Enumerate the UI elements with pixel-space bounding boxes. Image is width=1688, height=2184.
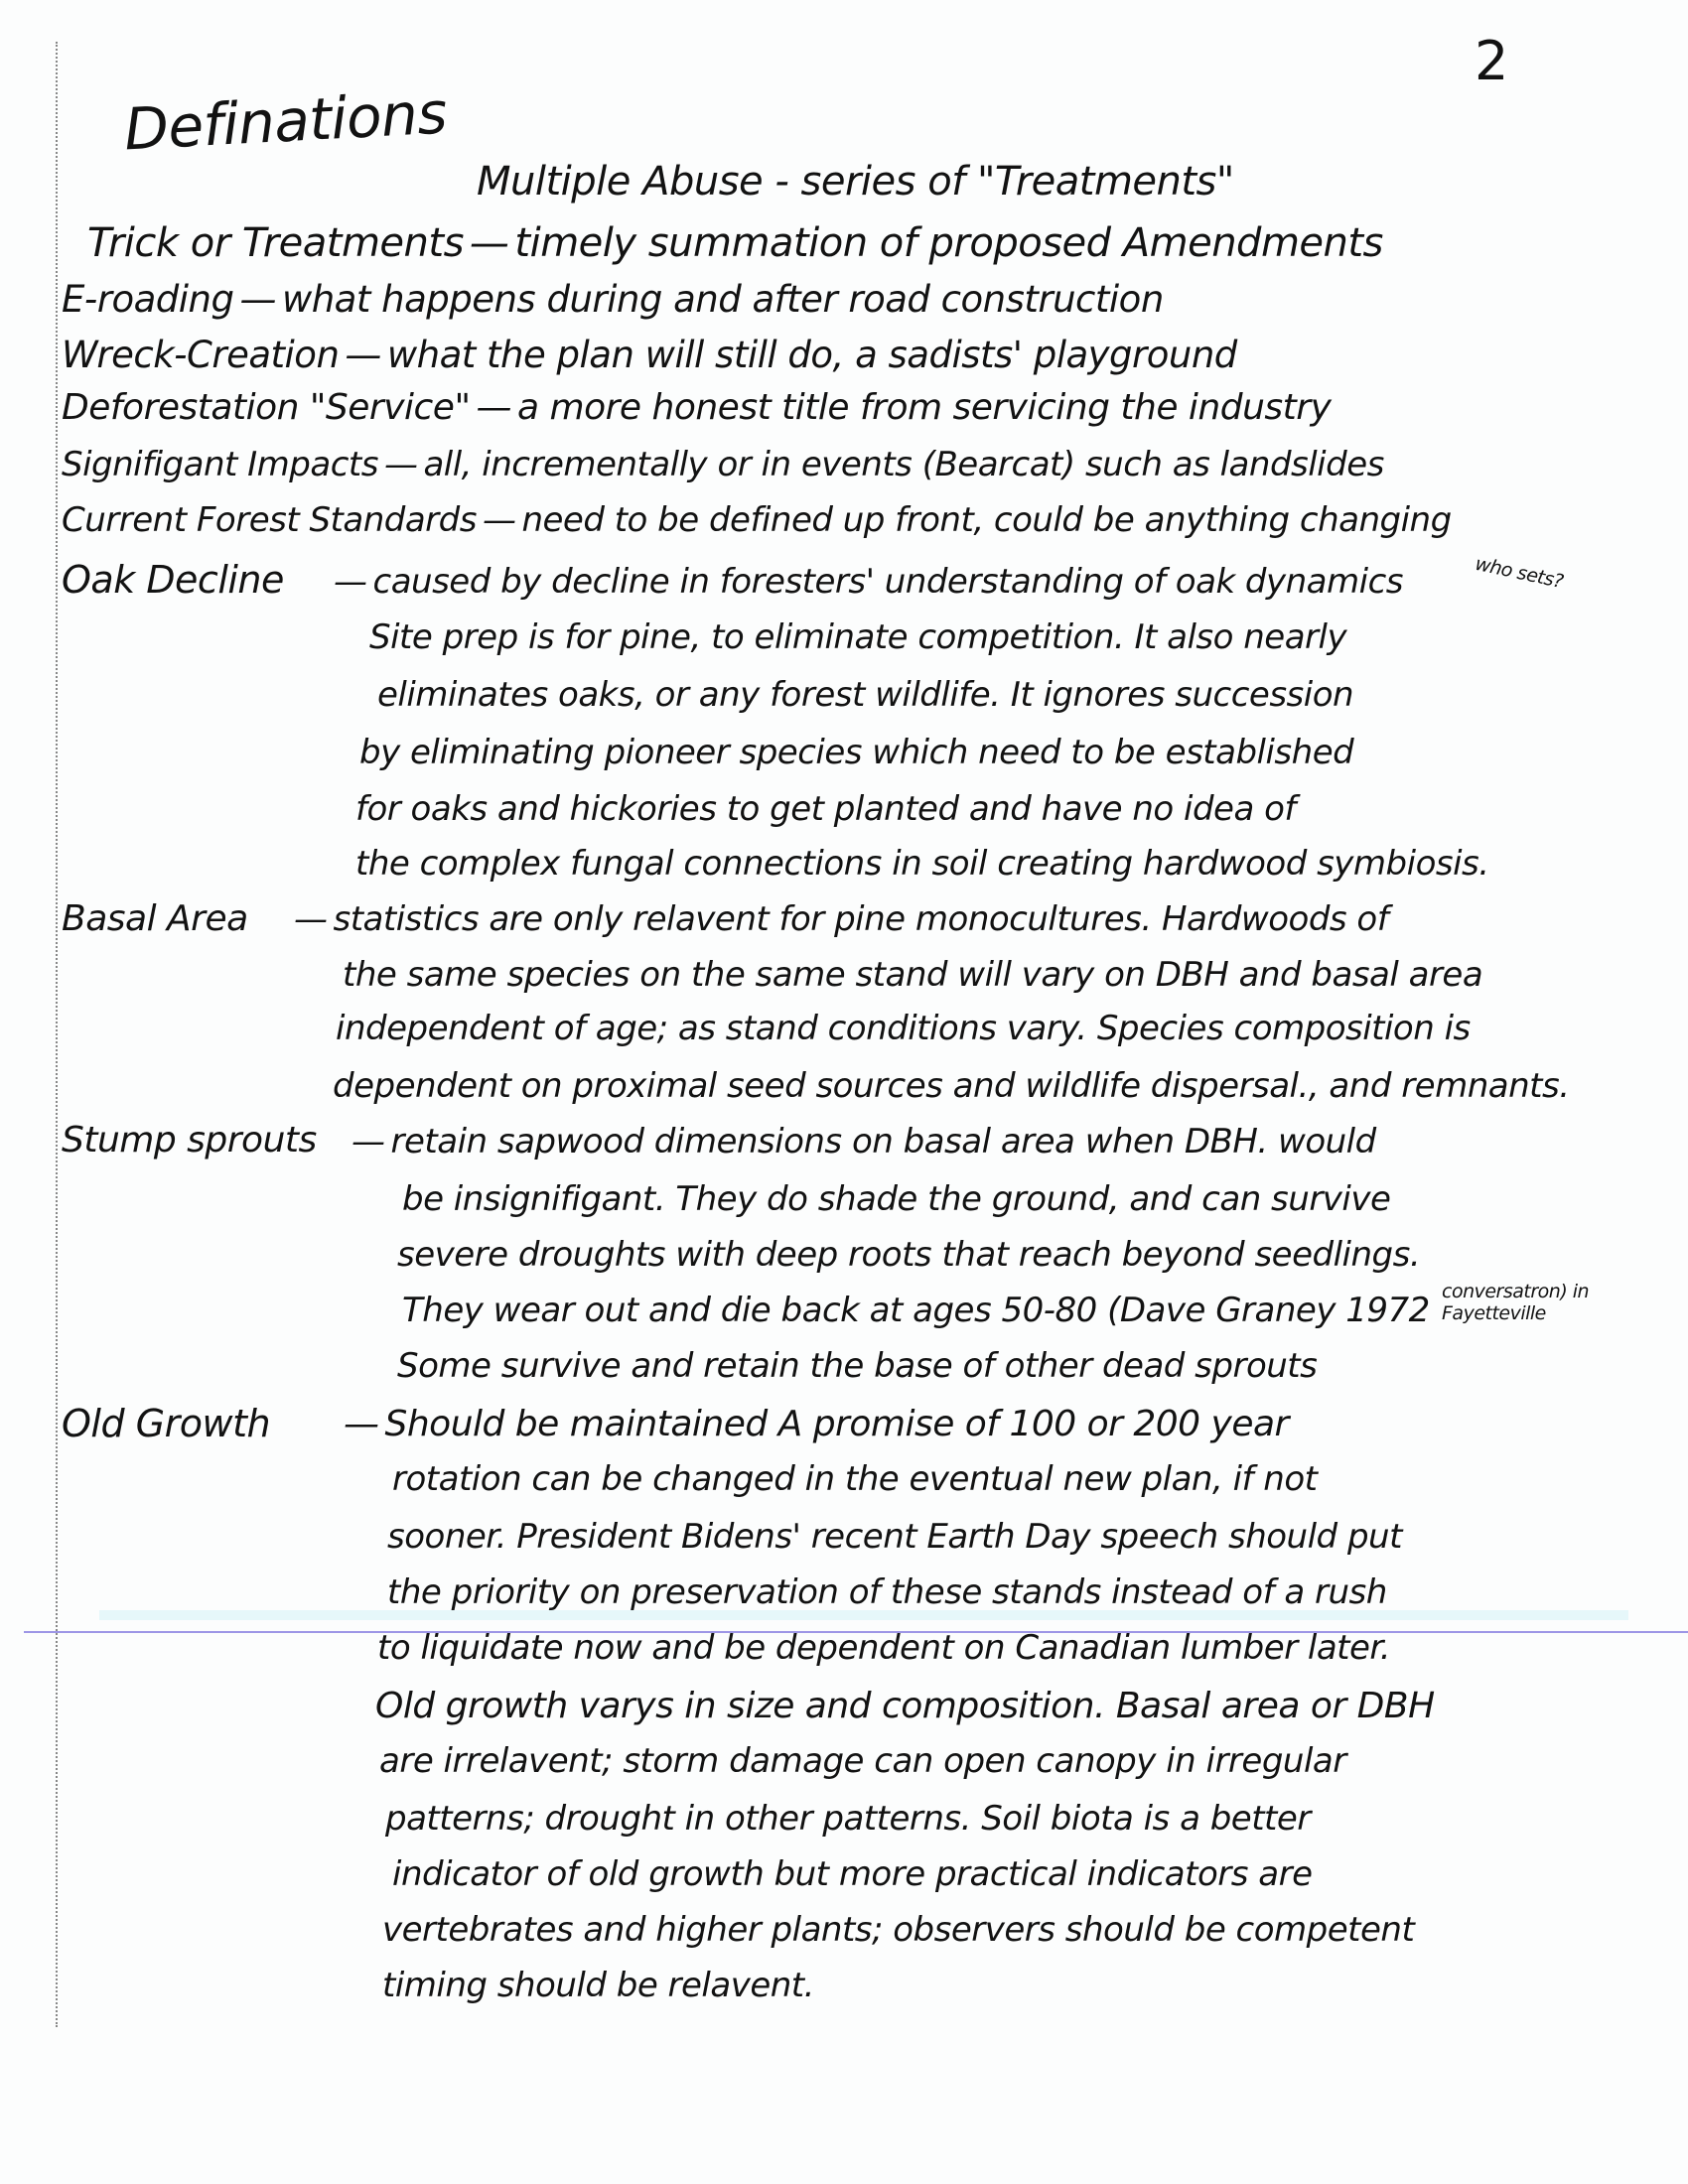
definition-line: Site prep is for pine, to eliminate comp… <box>369 617 1346 657</box>
definition-line: —retain sapwood dimensions on basal area… <box>346 1122 1376 1161</box>
page-number: 2 <box>1475 30 1508 92</box>
entry-deforestation-service: Deforestation "Service"—a more honest ti… <box>62 387 1331 428</box>
definition-line: the priority on preservation of these st… <box>387 1572 1387 1612</box>
definition-line: indicator of old growth but more practic… <box>392 1854 1313 1894</box>
definition-line: Old growth varys in size and composition… <box>375 1686 1435 1726</box>
definition-line: —statistics are only relavent for pine m… <box>288 899 1388 939</box>
definition-line: the same species on the same stand will … <box>343 955 1482 995</box>
entry-e-roading: E-roading—what happens during and after … <box>62 278 1164 321</box>
scanned-page: 2 Definations Multiple Abuse - series of… <box>0 0 1688 2184</box>
definition-line: sooner. President Bidens' recent Earth D… <box>387 1517 1402 1557</box>
definition-line: severe droughts with deep roots that rea… <box>397 1235 1420 1275</box>
definition-line: —Should be maintained A promise of 100 o… <box>338 1404 1289 1444</box>
definition-line: independent of age; as stand conditions … <box>336 1009 1471 1048</box>
definition-line: by eliminating pioneer species which nee… <box>359 733 1353 772</box>
term: Trick or Treatments <box>87 220 464 266</box>
definition-line: vertebrates and higher plants; observers… <box>382 1910 1414 1950</box>
definition: need to be defined up front, could be an… <box>521 500 1451 540</box>
term: Current Forest Standards <box>62 500 477 540</box>
definition: what happens during and after road const… <box>282 278 1164 321</box>
page-title: Definations <box>122 79 448 164</box>
term-stump-sprouts: Stump sprouts <box>62 1120 317 1160</box>
definition-line: are irrelavent; storm damage can open ca… <box>379 1741 1346 1781</box>
subtitle: Multiple Abuse - series of "Treatments" <box>477 159 1234 205</box>
definition-line: for oaks and hickories to get planted an… <box>355 789 1296 829</box>
definition-line: to liquidate now and be dependent on Can… <box>377 1628 1390 1668</box>
definition-line: the complex fungal connections in soil c… <box>355 844 1489 884</box>
definition: all, incrementally or in events (Bearcat… <box>423 445 1383 484</box>
entry-wreck-creation: Wreck-Creation—what the plan will still … <box>62 334 1237 376</box>
definition: timely summation of proposed Amendments <box>514 220 1382 266</box>
term: E-roading <box>62 278 233 321</box>
entry-signifigant-impacts: Signifigant Impacts—all, incrementally o… <box>62 445 1384 484</box>
definition-line: Some survive and retain the base of othe… <box>397 1346 1317 1386</box>
left-margin-line <box>56 42 58 2027</box>
term-oak-decline: Oak Decline <box>62 558 284 602</box>
entry-trick-or-treatments: Trick or Treatments—timely summation of … <box>87 220 1383 266</box>
definition: what the plan will still do, a sadists' … <box>387 334 1237 376</box>
term: Deforestation "Service" <box>62 387 471 428</box>
term: Wreck-Creation <box>62 334 339 376</box>
margin-note-who-sets: who sets? <box>1474 553 1565 593</box>
definition-line: dependent on proximal seed sources and w… <box>333 1066 1570 1106</box>
term-basal-area: Basal Area <box>62 898 248 939</box>
entry-current-forest-standards: Current Forest Standards—need to be defi… <box>62 500 1452 540</box>
term-old-growth: Old Growth <box>62 1402 270 1445</box>
definition: a more honest title from servicing the i… <box>517 387 1331 428</box>
definition-line: timing should be relavent. <box>382 1966 814 2005</box>
definition-line: rotation can be changed in the eventual … <box>392 1459 1318 1499</box>
definition-line: —caused by decline in foresters' underst… <box>328 562 1403 602</box>
margin-note-conversation: conversatron) in Fayetteville <box>1442 1281 1680 1324</box>
definition-line: be insignifigant. They do shade the grou… <box>402 1179 1390 1219</box>
definition-line: patterns; drought in other patterns. Soi… <box>385 1799 1311 1839</box>
definition-line: eliminates oaks, or any forest wildlife.… <box>377 675 1353 715</box>
definition-line: They wear out and die back at ages 50-80… <box>402 1291 1430 1330</box>
term: Signifigant Impacts <box>62 445 378 484</box>
